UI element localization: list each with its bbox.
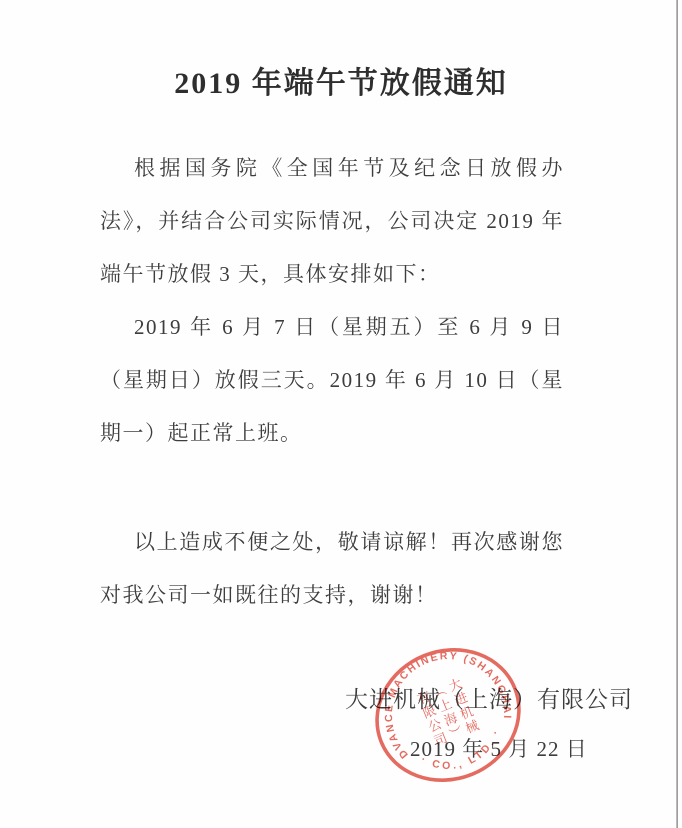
signature-company-name: 大进机械（上海）有限公司 <box>345 681 633 714</box>
paragraph-apology: 以上造成不便之处，敬请谅解！再次感谢您对我公司一如既往的支持，谢谢！ <box>100 516 564 622</box>
signature-date: 2019 年 5 月 22 日 <box>410 733 588 763</box>
company-seal-stamp: ADVANCE MACHINERY (SHANGHAI) · CO., LTD.… <box>370 646 526 784</box>
seal-ring-icon: ADVANCE MACHINERY (SHANGHAI) · CO., LTD.… <box>370 646 526 784</box>
notice-title: 2019 年端午节放假通知 <box>0 0 682 102</box>
document-page: 2019 年端午节放假通知 根据国务院《全国年节及纪念日放假办法》，并结合公司实… <box>0 0 682 828</box>
seal-border-circle <box>370 646 526 784</box>
notice-body: 根据国务院《全国年节及纪念日放假办法》，并结合公司实际情况，公司决定 2019 … <box>100 142 564 622</box>
scan-edge-line <box>676 0 678 828</box>
paragraph-schedule: 2019 年 6 月 7 日（星期五）至 6 月 9 日（星期日）放假三天。20… <box>100 301 564 460</box>
paragraph-basis: 根据国务院《全国年节及纪念日放假办法》，并结合公司实际情况，公司决定 2019 … <box>100 142 564 301</box>
